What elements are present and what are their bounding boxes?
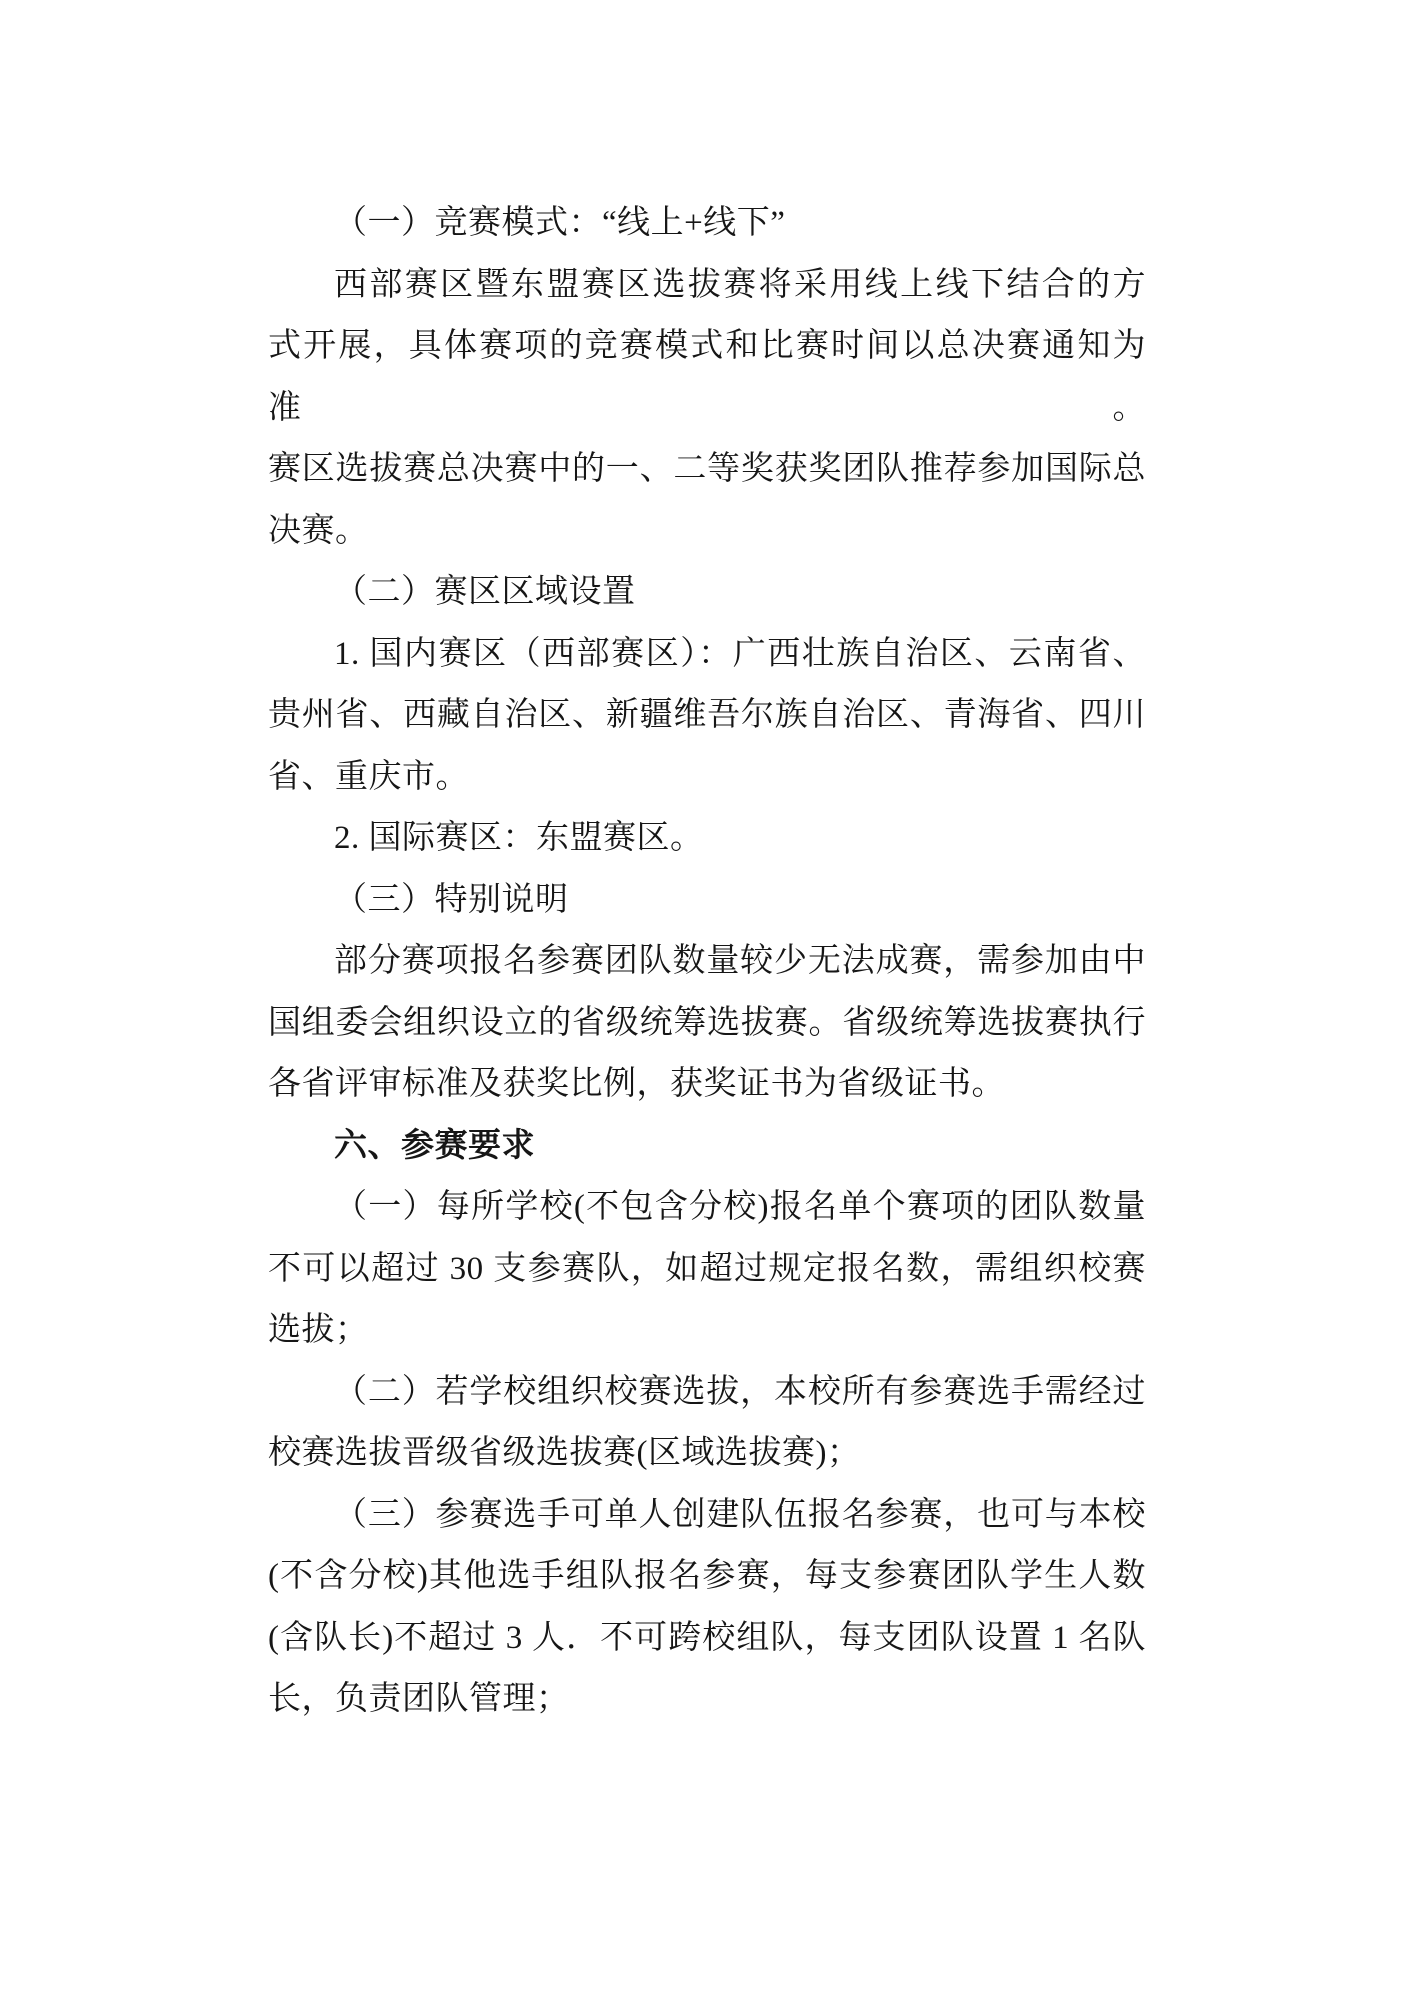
- document-line: 西部赛区暨东盟赛区选拔赛将采用线上线下结合的方: [268, 255, 1146, 317]
- document-line: （一）每所学校(不包含分校)报名单个赛项的团队数量: [268, 1177, 1146, 1239]
- document-line: 部分赛项报名参赛团队数量较少无法成赛，需参加由中: [268, 931, 1146, 993]
- document-line: 贵州省、西藏自治区、新疆维吾尔族自治区、青海省、四川: [268, 685, 1146, 747]
- document-page: （一）竞赛模式：“线上+线下”西部赛区暨东盟赛区选拔赛将采用线上线下结合的方式开…: [0, 0, 1413, 2000]
- document-line: 赛区选拔赛总决赛中的一、二等奖获奖团队推荐参加国际总: [268, 439, 1146, 501]
- document-line: （三）特别说明: [268, 870, 1146, 932]
- document-line: 长，负责团队管理；: [268, 1669, 1146, 1731]
- document-line: （一）竞赛模式：“线上+线下”: [268, 193, 1146, 255]
- document-line: （三）参赛选手可单人创建队伍报名参赛，也可与本校: [268, 1485, 1146, 1547]
- document-line: 国组委会组织设立的省级统筹选拔赛。省级统筹选拔赛执行: [268, 993, 1146, 1055]
- document-line: 省、重庆市。: [268, 747, 1146, 809]
- document-line: 不可以超过 30 支参赛队，如超过规定报名数，需组织校赛: [268, 1239, 1146, 1301]
- document-line: 2. 国际赛区：东盟赛区。: [268, 808, 1146, 870]
- document-line: (不含分校)其他选手组队报名参赛，每支参赛团队学生人数: [268, 1546, 1146, 1608]
- document-line: 六、参赛要求: [268, 1116, 1146, 1178]
- document-line: （二）若学校组织校赛选拔，本校所有参赛选手需经过: [268, 1362, 1146, 1424]
- document-line: 选拔；: [268, 1300, 1146, 1362]
- document-line: 校赛选拔晋级省级选拔赛(区域选拔赛)；: [268, 1423, 1146, 1485]
- document-line: 决赛。: [268, 501, 1146, 563]
- document-line: 1. 国内赛区（西部赛区）：广西壮族自治区、云南省、: [268, 624, 1146, 686]
- document-body: （一）竞赛模式：“线上+线下”西部赛区暨东盟赛区选拔赛将采用线上线下结合的方式开…: [268, 193, 1146, 1731]
- document-line: (含队长)不超过 3 人．不可跨校组队，每支团队设置 1 名队: [268, 1608, 1146, 1670]
- document-line: 各省评审标准及获奖比例，获奖证书为省级证书。: [268, 1054, 1146, 1116]
- document-line: （二）赛区区域设置: [268, 562, 1146, 624]
- document-line: 式开展，具体赛项的竞赛模式和比赛时间以总决赛通知为准。: [268, 316, 1146, 439]
